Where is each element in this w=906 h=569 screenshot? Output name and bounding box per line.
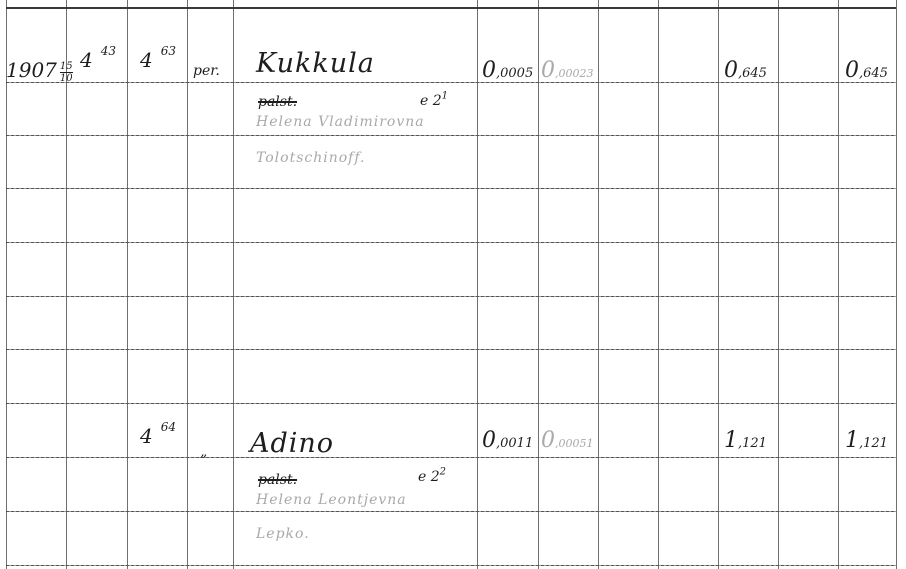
entry-1-owner-line2: Tolotschinoff.	[256, 150, 366, 166]
grid-row-line	[6, 188, 896, 189]
grid-row-line	[6, 403, 896, 404]
grid-column-line	[6, 0, 7, 569]
entry-1-code: e 21	[420, 90, 448, 109]
grid-column-line	[778, 0, 779, 569]
entry-2-owner-line1: Helena Leontjevna	[256, 492, 407, 508]
grid-row-line	[6, 565, 896, 566]
grid-column-line	[233, 0, 234, 569]
grid-column-line	[187, 0, 188, 569]
entry-1-owner-line1: Helena Vladimirovna	[256, 114, 425, 130]
entry-2-value2: 0,00051	[541, 428, 594, 453]
grid-column-line	[838, 0, 839, 569]
grid-row-line	[6, 457, 896, 458]
grid-row-line	[6, 242, 896, 243]
entry-1-value2: 0,00023	[541, 58, 594, 83]
grid-column-line	[66, 0, 67, 569]
entry-1-ref-a: 443	[80, 48, 116, 72]
entry-2-ref-b: 464	[140, 424, 176, 448]
entry-1-amount2: 0,645	[845, 58, 888, 83]
entry-1-name: Kukkula	[256, 48, 375, 79]
entry-2-amount1: 1,121	[724, 428, 767, 453]
entry-1-amount1: 0,645	[724, 58, 767, 83]
entry-2-name: Adino	[250, 428, 334, 459]
grid-row-line	[6, 296, 896, 297]
ledger-page: 19071510 443 463 per. Kukkula palst. e 2…	[0, 0, 906, 569]
grid-column-line	[896, 0, 897, 569]
grid-row-line	[6, 349, 896, 350]
grid-row-line	[6, 7, 896, 9]
grid-column-line	[718, 0, 719, 569]
entry-1-ref-b: 463	[140, 48, 176, 72]
entry-2-owner-line2: Lepko.	[256, 526, 310, 542]
grid-column-line	[538, 0, 539, 569]
entry-1-value1: 0,0005	[482, 58, 533, 83]
grid-column-line	[127, 0, 128, 569]
entry-2-code: e 22	[418, 466, 446, 485]
entry-1-date: 19071510	[6, 58, 73, 84]
entry-2-amount2: 1,121	[845, 428, 888, 453]
grid-column-line	[658, 0, 659, 569]
entry-2-struck-word: palst.	[258, 472, 297, 488]
entry-2-value1: 0,0011	[482, 428, 533, 453]
entry-1-type: per.	[193, 63, 220, 79]
entry-1-day-month: 1510	[60, 61, 73, 84]
entry-2-type-ditto: „	[200, 444, 207, 460]
grid-row-line	[6, 135, 896, 136]
grid-row-line	[6, 511, 896, 512]
grid-column-line	[477, 0, 478, 569]
entry-1-year: 1907	[6, 58, 57, 82]
grid-column-line	[598, 0, 599, 569]
entry-1-struck-word: palst.	[258, 94, 297, 110]
